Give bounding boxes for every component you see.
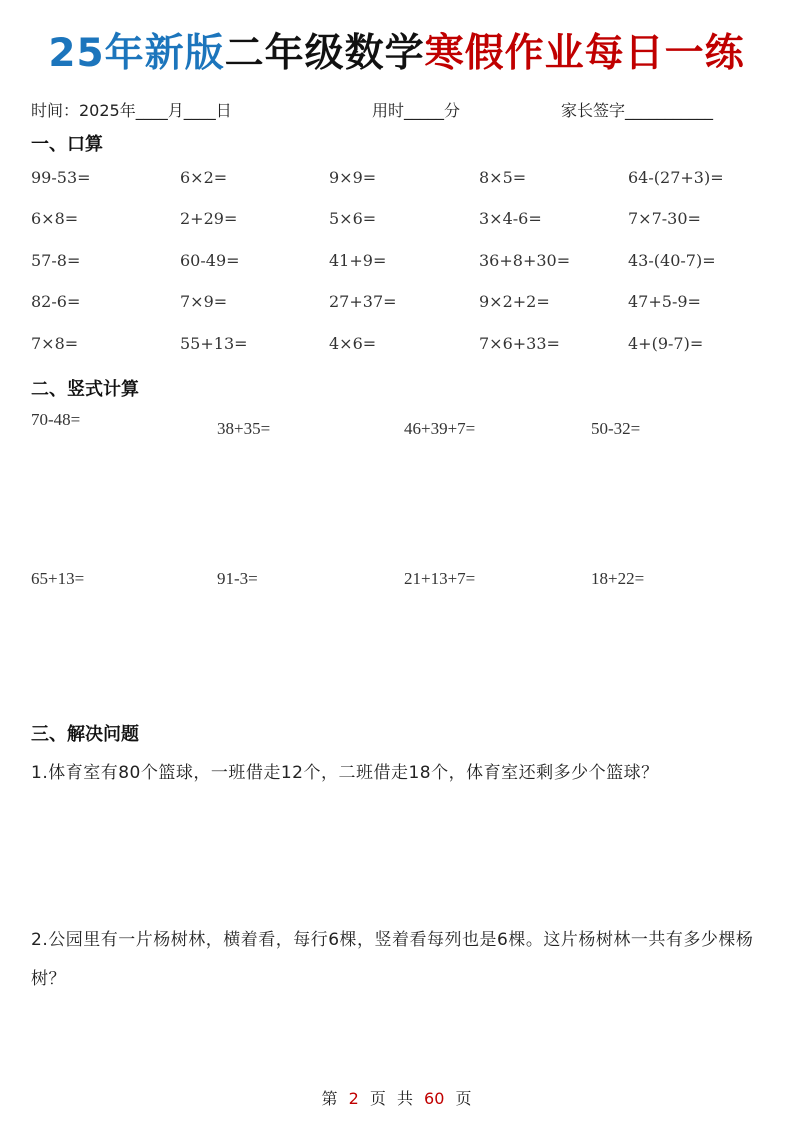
oral-item: 47+5-9=	[628, 292, 701, 311]
oral-item: 36+8+30=	[479, 251, 570, 270]
total-pages-number: 60	[424, 1089, 444, 1108]
section-heading-oral: 一、口算	[31, 130, 103, 156]
oral-item: 3×4-6=	[479, 209, 542, 228]
vertical-item: 18+22=	[591, 569, 644, 589]
oral-item: 64-(27+3)=	[628, 168, 724, 187]
oral-item: 43-(40-7)=	[628, 251, 716, 270]
time-field: 时间：2025年____月____日	[31, 98, 232, 121]
title-part-blue: 25年新版	[48, 31, 224, 76]
vertical-item: 65+13=	[31, 569, 84, 589]
oral-item: 6×8=	[31, 209, 78, 228]
current-page-number: 2	[349, 1089, 359, 1108]
page-title: 25年新版二年级数学寒假作业每日一练	[0, 22, 793, 78]
footer-prefix: 第	[321, 1089, 337, 1108]
vertical-item: 38+35=	[217, 419, 270, 439]
word-problem-1: 1.体育室有80个篮球，一班借走12个，二班借走18个，体育室还剩多少个篮球？	[31, 754, 766, 793]
oral-item: 4+(9-7)=	[628, 334, 703, 353]
oral-item: 60-49=	[180, 251, 240, 270]
oral-item: 7×7-30=	[628, 209, 701, 228]
oral-item: 41+9=	[329, 251, 386, 270]
oral-item: 2+29=	[180, 209, 237, 228]
section-heading-problems: 三、解决问题	[31, 720, 139, 746]
vertical-item: 91-3=	[217, 569, 258, 589]
oral-item: 9×2+2=	[479, 292, 550, 311]
vertical-item: 46+39+7=	[404, 419, 475, 439]
duration-field: 用时_____分	[372, 98, 460, 121]
oral-item: 7×6+33=	[479, 334, 560, 353]
oral-item: 7×9=	[180, 292, 227, 311]
title-part-red: 寒假作业每日一练	[425, 31, 745, 76]
signature-field: 家长签字___________	[561, 98, 713, 121]
oral-item: 99-53=	[31, 168, 91, 187]
info-row: 时间：2025年____月____日 用时_____分 家长签字________…	[31, 98, 771, 122]
oral-item: 27+37=	[329, 292, 397, 311]
section-heading-vertical: 二、竖式计算	[31, 375, 139, 401]
oral-item: 7×8=	[31, 334, 78, 353]
word-problem-2: 2.公园里有一片杨树林，横着看，每行6棵，竖着看每列也是6棵。这片杨树林一共有多…	[31, 921, 766, 999]
title-part-black: 二年级数学	[225, 31, 425, 76]
vertical-item: 21+13+7=	[404, 569, 475, 589]
oral-item: 57-8=	[31, 251, 80, 270]
oral-item: 82-6=	[31, 292, 80, 311]
oral-item: 8×5=	[479, 168, 526, 187]
footer-suffix: 页	[456, 1089, 472, 1108]
vertical-item: 50-32=	[591, 419, 640, 439]
oral-item: 9×9=	[329, 168, 376, 187]
oral-item: 4×6=	[329, 334, 376, 353]
footer-middle: 页 共	[370, 1089, 413, 1108]
oral-item: 6×2=	[180, 168, 227, 187]
page-footer: 第 2 页 共 60 页	[0, 1086, 793, 1109]
oral-item: 5×6=	[329, 209, 376, 228]
vertical-item: 70-48=	[31, 410, 80, 430]
oral-item: 55+13=	[180, 334, 248, 353]
